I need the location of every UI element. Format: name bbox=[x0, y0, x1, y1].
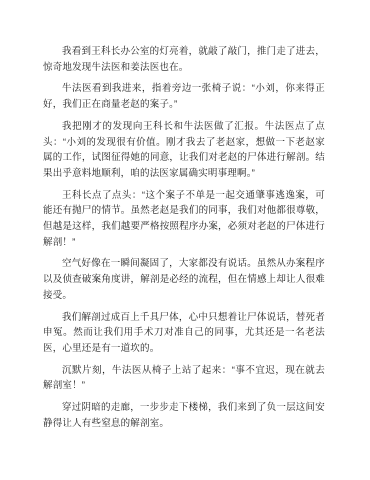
paragraph: 牛法医看到我进来，指着旁边一张椅子说：“小刘，你来得正好，我们正在商量老赵的案子… bbox=[43, 81, 325, 112]
paragraph: 我们解剖过成百上千具尸体，心中只想着让尸体说话，替死者申冤。然而让我们用手术刀对… bbox=[43, 310, 325, 357]
paragraph: 王科长点了点头：“这个案子不单是一起交通肇事逃逸案，可能还有抛尸的情节。虽然老赵… bbox=[43, 188, 325, 251]
paragraph: 空气好像在一瞬间凝固了，大家都没有说话。虽然从办案程序以及侦查破案角度讲，解剖是… bbox=[43, 256, 325, 303]
paragraph: 我看到王科长办公室的灯亮着，就敲了敲门，推门走了进去，惊奇地发现牛法医和姜法医也… bbox=[43, 44, 325, 75]
paragraph: 沉默片刻，牛法医从椅子上站了起来：“事不宜迟，现在就去解剖室！” bbox=[43, 363, 325, 394]
paragraph: 我把刚才的发现向王科长和牛法医做了汇报。牛法医点了点头：“小刘的发现很有价值。刚… bbox=[43, 119, 325, 182]
page-content: 我看到王科长办公室的灯亮着，就敲了敲门，推门走了进去，惊奇地发现牛法医和姜法医也… bbox=[43, 44, 325, 431]
paragraph: 穿过阴暗的走廊，一步步走下楼梯，我们来到了负一层这间安静得让人有些窒息的解剖室。 bbox=[43, 400, 325, 431]
reader-page: 我看到王科长办公室的灯亮着，就敲了敲门，推门走了进去，惊奇地发现牛法医和姜法医也… bbox=[0, 0, 370, 480]
